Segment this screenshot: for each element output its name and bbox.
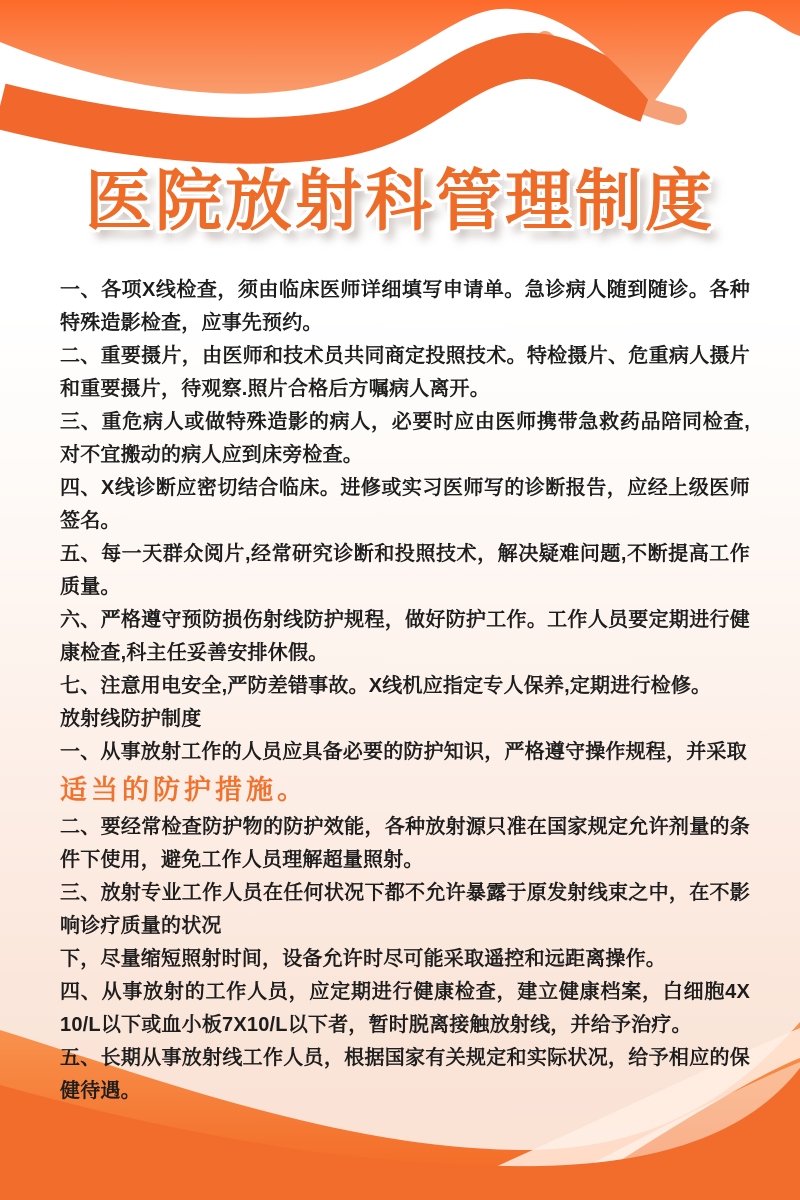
paragraph: 下，尽量缩短照射时间，设备允许时尽可能采取遥控和远距离操作。 bbox=[60, 943, 750, 976]
poster: 医院放射科管理制度 一、各项X线检查，须由临床医师详细填写申请单。急诊病人随到随… bbox=[0, 0, 800, 1200]
poster-title: 医院放射科管理制度 bbox=[0, 148, 800, 244]
paragraph: 五、长期从事放射线工作人员，根据国家有关规定和实际状况，给予相应的保健待遇。 bbox=[60, 1042, 750, 1108]
paragraph: 二、要经常检查防护物的防护效能，各种放射源只准在国家规定允许剂量的条件下使用，避… bbox=[60, 811, 750, 877]
paragraph: 五、每一天群众阅片,经常研究诊断和投照技术，解决疑难问题,不断提高工作质量。 bbox=[60, 538, 750, 604]
paragraph: 一、从事放射工作的人员应具备必要的防护知识，严格遵守操作规程，并采取 bbox=[60, 736, 750, 769]
highlight-line: 适当的防护措施。 bbox=[60, 769, 750, 811]
section-subheading: 放射线防护制度 bbox=[60, 703, 750, 736]
body-text: 一、各项X线检查，须由临床医师详细填写申请单。急诊病人随到随诊。各种特殊造影检查… bbox=[60, 274, 750, 1108]
paragraph: 三、重危病人或做特殊造影的病人，必要时应由医师携带急救药品陪同检查,对不宜搬动的… bbox=[60, 406, 750, 472]
paragraph: 一、各项X线检查，须由临床医师详细填写申请单。急诊病人随到随诊。各种特殊造影检查… bbox=[60, 274, 750, 340]
paragraph: 二、重要摄片，由医师和技术员共同商定投照技术。特检摄片、危重病人摄片和重要摄片，… bbox=[60, 340, 750, 406]
paragraph: 六、严格遵守预防损伤射线防护规程，做好防护工作。工作人员要定期进行健康检查,科主… bbox=[60, 604, 750, 670]
paragraph: 七、注意用电安全,严防差错事故。X线机应指定专人保养,定期进行检修。 bbox=[60, 670, 750, 703]
paragraph: 四、X线诊断应密切结合临床。进修或实习医师写的诊断报告，应经上级医师签名。 bbox=[60, 472, 750, 538]
paragraph: 三、放射专业工作人员在任何状况下都不允许暴露于原发射线束之中，在不影响诊疗质量的… bbox=[60, 877, 750, 943]
paragraph: 四、从事放射的工作人员，应定期进行健康检查，建立健康档案，白细胞4X 10/L以… bbox=[60, 976, 750, 1042]
